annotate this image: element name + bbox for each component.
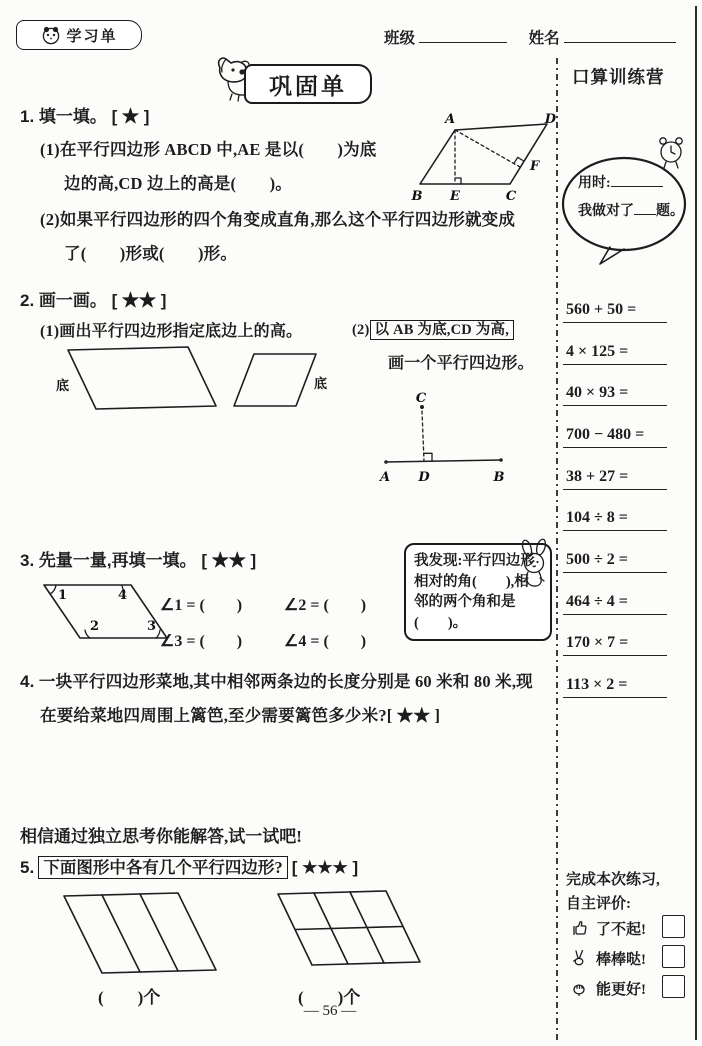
thumbs-up-icon	[570, 919, 588, 937]
q4-line2: 在要给菜地四周围上篱笆,至少需要篱笆多少米?[ ★★ ]	[40, 702, 440, 726]
q2-part1-text: (1)画出平行四边形指定底边上的高。	[40, 318, 302, 341]
oral-problem-2: 4 × 125 =	[566, 343, 674, 365]
section-title-badge: 巩固单	[244, 64, 372, 104]
q2-part2-number: (2)	[352, 322, 370, 338]
oral-problem-text: 700 − 480 =	[566, 426, 644, 443]
answer-line[interactable]	[563, 322, 667, 323]
oral-problem-3: 40 × 93 =	[566, 384, 674, 406]
oral-problem-5: 38 + 27 =	[566, 468, 674, 490]
vertex-c-label: C	[506, 189, 517, 204]
q3-stars: [ ★★ ]	[201, 551, 256, 570]
q2-height-segment-figure: A D B C	[376, 392, 516, 492]
class-input-line[interactable]	[419, 27, 507, 43]
correct-count-prefix: 我做对了	[578, 204, 634, 219]
oral-practice-title: 口算训练营	[572, 64, 665, 89]
oral-problem-1: 560 + 50 =	[566, 301, 674, 323]
time-blank[interactable]	[611, 173, 663, 187]
q1-line1: (1)在平行四边形 ABCD 中,AE 是以( )为底	[40, 136, 377, 160]
point-b-label: B	[493, 470, 505, 485]
evaluation-checkbox-3[interactable]	[662, 975, 685, 998]
q3-angle2-blank: ∠2 = ( )	[284, 592, 366, 615]
q4-line1-text: 一块平行四边形菜地,其中相邻两条边的长度分别是 60 米和 80 米,现	[39, 672, 533, 691]
sheet-type-label: 学习单	[66, 25, 117, 46]
oral-problem-text: 38 + 27 =	[566, 468, 628, 485]
time-speech-bubble: 用时: 我做对了题。	[558, 128, 700, 268]
q1-line3: (2)如果平行四边形的四个角变成直角,那么这个平行四边形就变成	[40, 206, 515, 230]
q2-parallelogram-1: 底	[44, 344, 220, 416]
oral-problem-text: 464 ÷ 4 =	[566, 593, 628, 610]
q1-line2: 边的高,CD 边上的高是( )。	[64, 170, 292, 194]
oral-problem-text: 4 × 125 =	[566, 343, 628, 360]
alarm-clock-icon	[660, 138, 682, 168]
answer-line[interactable]	[563, 614, 667, 615]
class-label: 班级	[384, 30, 415, 47]
oral-problem-10: 113 × 2 =	[566, 676, 674, 698]
point-e-label: E	[449, 189, 461, 204]
q2-part2-row: (2)以 AB 为底,CD 为高,	[352, 318, 514, 339]
name-input-line[interactable]	[564, 27, 676, 43]
base-label-2: 底	[314, 376, 327, 391]
q5-figure-1	[36, 888, 231, 980]
q2-title: 画一画。	[39, 291, 107, 310]
q5-figure-2	[248, 888, 438, 972]
vertex-d-label: D	[544, 112, 557, 127]
section-title: 巩固单	[269, 68, 347, 101]
oral-problem-text: 40 × 93 =	[566, 384, 628, 401]
oral-problem-8: 464 ÷ 4 =	[566, 593, 674, 615]
q3-title: 先量一量,再填一填。	[39, 551, 197, 570]
q5-boxed-text: 下面图形中各有几个平行四边形?	[38, 856, 287, 879]
point-c-label: C	[416, 392, 427, 406]
answer-line[interactable]	[563, 364, 667, 365]
victory-hand-icon	[570, 949, 588, 967]
q1-stars: [ ★ ]	[112, 107, 150, 126]
answer-line[interactable]	[563, 489, 667, 490]
point-f-label: F	[529, 159, 540, 174]
q3-angle1-blank: ∠1 = ( )	[160, 592, 242, 615]
evaluation-label-2: 棒棒哒!	[596, 948, 646, 969]
vertex-a-label: A	[443, 112, 455, 127]
oral-problem-7: 500 ÷ 2 =	[566, 551, 674, 573]
name-label: 姓名	[529, 30, 560, 47]
angle-4-label: 4	[118, 588, 127, 603]
class-name-row: 班级 姓名	[384, 26, 676, 48]
evaluation-label-3: 能更好!	[596, 978, 646, 999]
answer-line[interactable]	[563, 572, 667, 573]
oral-problem-text: 560 + 50 =	[566, 301, 636, 318]
answer-line[interactable]	[563, 405, 667, 406]
q2-heading: 2. 画一画。 [ ★★ ]	[20, 286, 166, 311]
point-d-label: D	[417, 470, 430, 485]
page-number: — 56 —	[270, 1003, 390, 1020]
angle-2-label: 2	[90, 619, 99, 634]
time-label: 用时:	[578, 176, 611, 191]
oral-problem-text: 500 ÷ 2 =	[566, 551, 628, 568]
bubble-text: 用时: 我做对了题。	[578, 170, 684, 226]
q1-line4: 了( )形或( )形。	[64, 240, 237, 264]
worksheet-page: 学习单 班级 姓名 巩固单 1. 填一填。 [ ★ ] (1)在平行四边形 AB…	[0, 0, 702, 1046]
fist-icon	[570, 979, 588, 997]
q2-part2-boxed-text: 以 AB 为底,CD 为高,	[370, 320, 515, 340]
oral-problem-text: 113 × 2 =	[566, 676, 627, 693]
q2-part2-rest: 画一个平行四边形。	[388, 350, 534, 373]
angle-1-label: 1	[58, 588, 67, 603]
oral-problem-6: 104 ÷ 8 =	[566, 509, 674, 531]
q5-count-blank-1: ( )个	[98, 983, 160, 1008]
oral-problem-text: 170 × 7 =	[566, 634, 628, 651]
base-label-1: 底	[56, 378, 69, 393]
q2-parallelogram-2: 底	[220, 350, 332, 412]
angle-3-label: 3	[147, 619, 156, 634]
answer-line[interactable]	[563, 655, 667, 656]
q2-number: 2.	[20, 291, 34, 310]
oral-problem-9: 170 × 7 =	[566, 634, 674, 656]
vertex-b-label: B	[411, 189, 423, 204]
q1-heading: 1. 填一填。 [ ★ ]	[20, 102, 149, 127]
oral-problem-4: 700 − 480 =	[566, 426, 674, 448]
encouragement-text: 相信通过独立思考你能解答,试一试吧!	[20, 822, 302, 847]
evaluation-line1: 完成本次练习,	[566, 868, 660, 889]
q4-line1: 4. 一块平行四边形菜地,其中相邻两条边的长度分别是 60 米和 80 米,现	[20, 668, 533, 692]
q3-angle3-blank: ∠3 = ( )	[160, 628, 242, 651]
q3-heading: 3. 先量一量,再填一填。 [ ★★ ]	[20, 546, 256, 571]
rabbit-icon	[514, 538, 554, 596]
q1-number: 1.	[20, 107, 34, 126]
evaluation-label-1: 了不起!	[596, 918, 646, 939]
q3-number: 3.	[20, 551, 34, 570]
oral-problem-text: 104 ÷ 8 =	[566, 509, 628, 526]
q5-heading: 5. 下面图形中各有几个平行四边形? [ ★★★ ]	[20, 854, 358, 878]
answer-line[interactable]	[563, 697, 667, 698]
answer-line[interactable]	[563, 447, 667, 448]
evaluation-checkbox-2[interactable]	[662, 945, 685, 968]
correct-count-suffix: 题。	[656, 204, 684, 219]
evaluation-checkbox-1[interactable]	[662, 915, 685, 938]
answer-line[interactable]	[563, 530, 667, 531]
panda-icon	[40, 24, 62, 46]
q1-title: 填一填。	[39, 107, 107, 126]
point-a-label: A	[378, 470, 390, 485]
correct-count-blank[interactable]	[634, 201, 656, 215]
q3-angle4-blank: ∠4 = ( )	[284, 628, 366, 651]
evaluation-line2: 自主评价:	[566, 892, 631, 913]
sheet-type-badge: 学习单	[16, 20, 142, 50]
q5-number: 5.	[20, 858, 34, 877]
q4-number: 4.	[20, 672, 35, 691]
q2-stars: [ ★★ ]	[112, 291, 167, 310]
q5-stars: [ ★★★ ]	[292, 858, 359, 877]
q1-parallelogram-figure: A D B E C F	[410, 110, 560, 205]
